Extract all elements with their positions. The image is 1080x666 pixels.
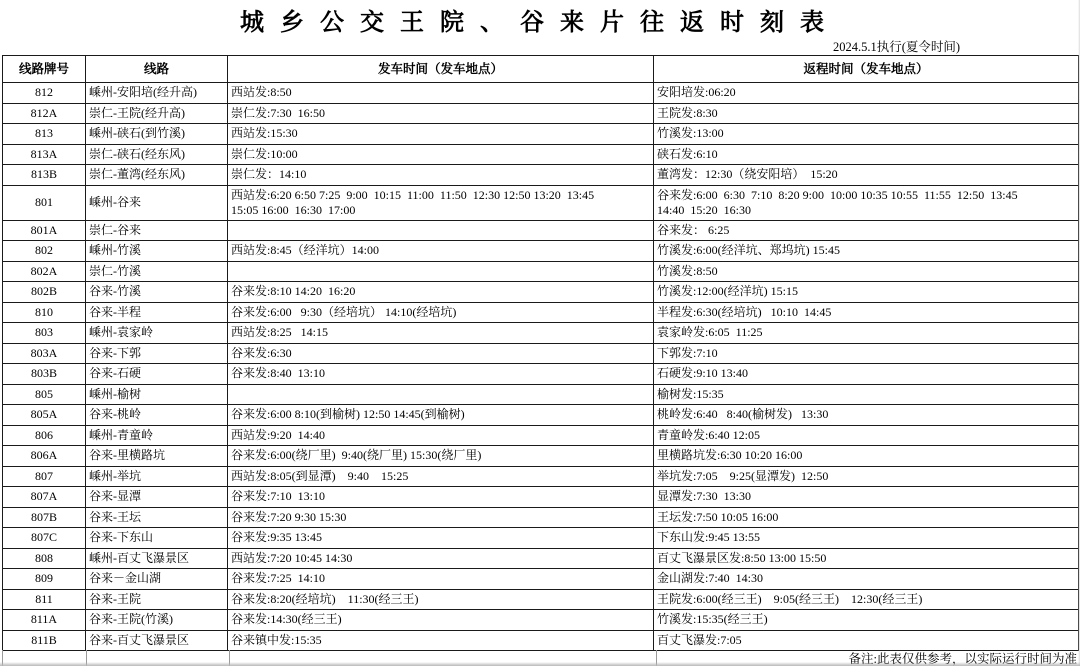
table-row: 807嵊州-举坑西站发:8:05(到显潭) 9:40 15:25举坑发:7:05… [3, 466, 1079, 487]
route-name-cell: 谷来-桃岭 [86, 405, 228, 426]
route-name-cell: 谷来-下东山 [86, 528, 228, 549]
return-times-cell: 下东山发:9:45 13:55 [654, 528, 1079, 549]
page-title: 城乡公交王院、谷来片往返时刻表 [0, 2, 1080, 34]
table-row: 802嵊州-竹溪西站发:8:45（经洋坑）14:00竹溪发:6:00(经洋坑、郑… [3, 241, 1079, 262]
depart-times-cell: 西站发:8:05(到显潭) 9:40 15:25 [228, 466, 654, 487]
table-row: 809谷来－金山湖谷来发:7:25 14:10金山湖发:7:40 14:30 [3, 569, 1079, 590]
depart-times-cell: 谷来发:14:30(经三王) [228, 610, 654, 631]
route-id-cell: 811B [3, 630, 86, 651]
return-times-cell: 竹溪发:8:50 [654, 261, 1079, 282]
table-row: 811谷来-王院谷来发:8:20(经培坑) 11:30(经三王)王院发:6:00… [3, 589, 1079, 610]
table-row: 802A崇仁-竹溪竹溪发:8:50 [3, 261, 1079, 282]
table-row: 807C谷来-下东山谷来发:9:35 13:45下东山发:9:45 13:55 [3, 528, 1079, 549]
return-times-cell: 竹溪发:6:00(经洋坑、郑坞坑) 15:45 [654, 241, 1079, 262]
route-name-cell: 谷来－金山湖 [86, 569, 228, 590]
route-id-cell: 803A [3, 343, 86, 364]
depart-times-cell: 崇仁发:10:00 [228, 144, 654, 165]
table-row: 810谷来-半程谷来发:6:00 9:30（经培坑） 14:10(经培坑)半程发… [3, 302, 1079, 323]
route-id-cell: 802A [3, 261, 86, 282]
depart-times-cell: 西站发:15:30 [228, 124, 654, 145]
column-header-route-name: 线路 [86, 56, 228, 83]
timetable-body: 812嵊州-安阳培(经升高)西站发:8:50安阳培发:06:20812A崇仁-王… [3, 83, 1079, 651]
route-name-cell: 嵊州-谷来 [86, 185, 228, 220]
depart-times-cell: 谷来发:6:00 9:30（经培坑） 14:10(经培坑) [228, 302, 654, 323]
route-id-cell: 807 [3, 466, 86, 487]
route-id-cell: 808 [3, 548, 86, 569]
route-name-cell: 谷来-竹溪 [86, 282, 228, 303]
route-name-cell: 嵊州-袁家岭 [86, 323, 228, 344]
page-edge-shadow-bottom [0, 662, 1080, 666]
table-row: 806嵊州-青童岭西站发:9:20 14:40青童岭发:6:40 12:05 [3, 425, 1079, 446]
depart-times-cell [228, 220, 654, 241]
route-id-cell: 802 [3, 241, 86, 262]
route-id-cell: 810 [3, 302, 86, 323]
depart-times-cell: 西站发:7:20 10:45 14:30 [228, 548, 654, 569]
depart-times-cell [228, 261, 654, 282]
route-id-cell: 813B [3, 165, 86, 186]
route-id-cell: 807A [3, 487, 86, 508]
depart-times-cell: 谷来发:6:30 [228, 343, 654, 364]
return-times-cell: 谷来发:6:00 6:30 7:10 8:20 9:00 10:00 10:35… [654, 185, 1079, 220]
route-name-cell: 嵊州-百丈飞瀑景区 [86, 548, 228, 569]
return-times-cell: 里横路坑发:6:30 10:20 16:00 [654, 446, 1079, 467]
header-row: 线路牌号 线路 发车时间（发车地点） 返程时间（发车地点） [3, 56, 1079, 83]
return-times-cell: 石硬发:9:10 13:40 [654, 364, 1079, 385]
route-name-cell: 谷来-里横路坑 [86, 446, 228, 467]
return-times-cell: 王坛发:7:50 10:05 16:00 [654, 507, 1079, 528]
route-id-cell: 812A [3, 103, 86, 124]
return-times-cell: 显潭发:7:30 13:30 [654, 487, 1079, 508]
route-id-cell: 803 [3, 323, 86, 344]
depart-times-cell: 谷来镇中发:15:35 [228, 630, 654, 651]
depart-times-cell: 崇仁发：14:10 [228, 165, 654, 186]
return-times-cell: 举坑发:7:05 9:25(显潭发) 12:50 [654, 466, 1079, 487]
return-times-cell: 桃岭发:6:40 8:40(榆树发) 13:30 [654, 405, 1079, 426]
depart-times-cell: 西站发:8:45（经洋坑）14:00 [228, 241, 654, 262]
table-row: 813嵊州-硖石(到竹溪)西站发:15:30竹溪发:13:00 [3, 124, 1079, 145]
table-row: 807A谷来-显潭谷来发:7:10 13:10显潭发:7:30 13:30 [3, 487, 1079, 508]
return-times-cell: 金山湖发:7:40 14:30 [654, 569, 1079, 590]
return-times-cell: 王院发:8:30 [654, 103, 1079, 124]
table-row: 805A谷来-桃岭谷来发:6:00 8:10(到榆树) 12:50 14:45(… [3, 405, 1079, 426]
depart-times-cell: 西站发:8:50 [228, 83, 654, 104]
route-id-cell: 809 [3, 569, 86, 590]
return-times-cell: 安阳培发:06:20 [654, 83, 1079, 104]
table-row: 812嵊州-安阳培(经升高)西站发:8:50安阳培发:06:20 [3, 83, 1079, 104]
table-row: 808嵊州-百丈飞瀑景区西站发:7:20 10:45 14:30百丈飞瀑景区发:… [3, 548, 1079, 569]
depart-times-cell: 崇仁发:7:30 16:50 [228, 103, 654, 124]
route-id-cell: 805A [3, 405, 86, 426]
depart-times-cell: 谷来发:9:35 13:45 [228, 528, 654, 549]
table-row: 805嵊州-榆树榆树发:15:35 [3, 384, 1079, 405]
table-row: 802B谷来-竹溪谷来发:8:10 14:20 16:20竹溪发:12:00(经… [3, 282, 1079, 303]
route-name-cell: 崇仁-竹溪 [86, 261, 228, 282]
bus-timetable: 线路牌号 线路 发车时间（发车地点） 返程时间（发车地点） 812嵊州-安阳培(… [2, 55, 1079, 651]
route-id-cell: 802B [3, 282, 86, 303]
table-row: 803A谷来-下郭谷来发:6:30下郭发:7:10 [3, 343, 1079, 364]
depart-times-cell: 谷来发:6:00(绕厂里) 9:40(绕厂里) 15:30(绕厂里) [228, 446, 654, 467]
route-name-cell: 崇仁-王院(经升高) [86, 103, 228, 124]
route-name-cell: 嵊州-青童岭 [86, 425, 228, 446]
depart-times-cell [228, 384, 654, 405]
column-header-depart-times: 发车时间（发车地点） [228, 56, 654, 83]
route-id-cell: 801A [3, 220, 86, 241]
route-name-cell: 崇仁-董湾(经东风) [86, 165, 228, 186]
route-name-cell: 崇仁-谷来 [86, 220, 228, 241]
route-name-cell: 谷来-百丈飞瀑景区 [86, 630, 228, 651]
return-times-cell: 董湾发：12:30（绕安阳培） 15:20 [654, 165, 1079, 186]
table-row: 811A谷来-王院(竹溪)谷来发:14:30(经三王)竹溪发:15:35(经三王… [3, 610, 1079, 631]
table-row: 813B崇仁-董湾(经东风)崇仁发：14:10董湾发：12:30（绕安阳培） 1… [3, 165, 1079, 186]
route-name-cell: 谷来-半程 [86, 302, 228, 323]
route-id-cell: 803B [3, 364, 86, 385]
depart-times-cell: 谷来发:7:25 14:10 [228, 569, 654, 590]
route-id-cell: 806A [3, 446, 86, 467]
return-times-cell: 百丈飞瀑发:7:05 [654, 630, 1079, 651]
route-name-cell: 崇仁-硖石(经东风) [86, 144, 228, 165]
depart-times-cell: 西站发:6:20 6:50 7:25 9:00 10:15 11:00 11:5… [228, 185, 654, 220]
table-row: 812A崇仁-王院(经升高)崇仁发:7:30 16:50王院发:8:30 [3, 103, 1079, 124]
route-id-cell: 812 [3, 83, 86, 104]
route-name-cell: 谷来-王坛 [86, 507, 228, 528]
route-name-cell: 嵊州-举坑 [86, 466, 228, 487]
table-row: 806A谷来-里横路坑谷来发:6:00(绕厂里) 9:40(绕厂里) 15:30… [3, 446, 1079, 467]
route-id-cell: 807B [3, 507, 86, 528]
depart-times-cell: 谷来发:8:40 13:10 [228, 364, 654, 385]
depart-times-cell: 谷来发:6:00 8:10(到榆树) 12:50 14:45(到榆树) [228, 405, 654, 426]
return-times-cell: 竹溪发:12:00(经洋坑) 15:15 [654, 282, 1079, 303]
route-name-cell: 谷来-王院(竹溪) [86, 610, 228, 631]
return-times-cell: 百丈飞瀑景区发:8:50 13:00 15:50 [654, 548, 1079, 569]
depart-times-cell: 西站发:9:20 14:40 [228, 425, 654, 446]
table-row: 801A崇仁-谷来谷来发： 6:25 [3, 220, 1079, 241]
table-row: 801嵊州-谷来西站发:6:20 6:50 7:25 9:00 10:15 11… [3, 185, 1079, 220]
effective-date-note: 2024.5.1执行(夏令时间) [833, 37, 960, 55]
route-id-cell: 811A [3, 610, 86, 631]
return-times-cell: 竹溪发:13:00 [654, 124, 1079, 145]
route-name-cell: 谷来-王院 [86, 589, 228, 610]
route-id-cell: 806 [3, 425, 86, 446]
route-id-cell: 805 [3, 384, 86, 405]
route-name-cell: 嵊州-安阳培(经升高) [86, 83, 228, 104]
return-times-cell: 榆树发:15:35 [654, 384, 1079, 405]
column-header-return-times: 返程时间（发车地点） [654, 56, 1079, 83]
return-times-cell: 谷来发： 6:25 [654, 220, 1079, 241]
route-name-cell: 谷来-下郭 [86, 343, 228, 364]
return-times-cell: 袁家岭发:6:05 11:25 [654, 323, 1079, 344]
route-name-cell: 嵊州-竹溪 [86, 241, 228, 262]
depart-times-cell: 谷来发:7:20 9:30 15:30 [228, 507, 654, 528]
route-name-cell: 谷来-显潭 [86, 487, 228, 508]
table-row: 803B谷来-石硬谷来发:8:40 13:10石硬发:9:10 13:40 [3, 364, 1079, 385]
return-times-cell: 青童岭发:6:40 12:05 [654, 425, 1079, 446]
depart-times-cell: 谷来发:8:20(经培坑) 11:30(经三王) [228, 589, 654, 610]
route-id-cell: 813A [3, 144, 86, 165]
return-times-cell: 下郭发:7:10 [654, 343, 1079, 364]
depart-times-cell: 西站发:8:25 14:15 [228, 323, 654, 344]
depart-times-cell: 谷来发:8:10 14:20 16:20 [228, 282, 654, 303]
column-header-route-id: 线路牌号 [3, 56, 86, 83]
return-times-cell: 竹溪发:15:35(经三王) [654, 610, 1079, 631]
route-name-cell: 嵊州-榆树 [86, 384, 228, 405]
route-name-cell: 谷来-石硬 [86, 364, 228, 385]
return-times-cell: 王院发:6:00(经三王) 9:05(经三王) 12:30(经三王) [654, 589, 1079, 610]
table-row: 811B谷来-百丈飞瀑景区谷来镇中发:15:35百丈飞瀑发:7:05 [3, 630, 1079, 651]
table-row: 813A崇仁-硖石(经东风)崇仁发:10:00硖石发:6:10 [3, 144, 1079, 165]
return-times-cell: 半程发:6:30(经培坑) 10:10 14:45 [654, 302, 1079, 323]
table-row: 807B谷来-王坛谷来发:7:20 9:30 15:30王坛发:7:50 10:… [3, 507, 1079, 528]
route-id-cell: 813 [3, 124, 86, 145]
route-id-cell: 811 [3, 589, 86, 610]
route-id-cell: 801 [3, 185, 86, 220]
depart-times-cell: 谷来发:7:10 13:10 [228, 487, 654, 508]
route-id-cell: 807C [3, 528, 86, 549]
table-row: 803嵊州-袁家岭西站发:8:25 14:15袁家岭发:6:05 11:25 [3, 323, 1079, 344]
route-name-cell: 嵊州-硖石(到竹溪) [86, 124, 228, 145]
return-times-cell: 硖石发:6:10 [654, 144, 1079, 165]
